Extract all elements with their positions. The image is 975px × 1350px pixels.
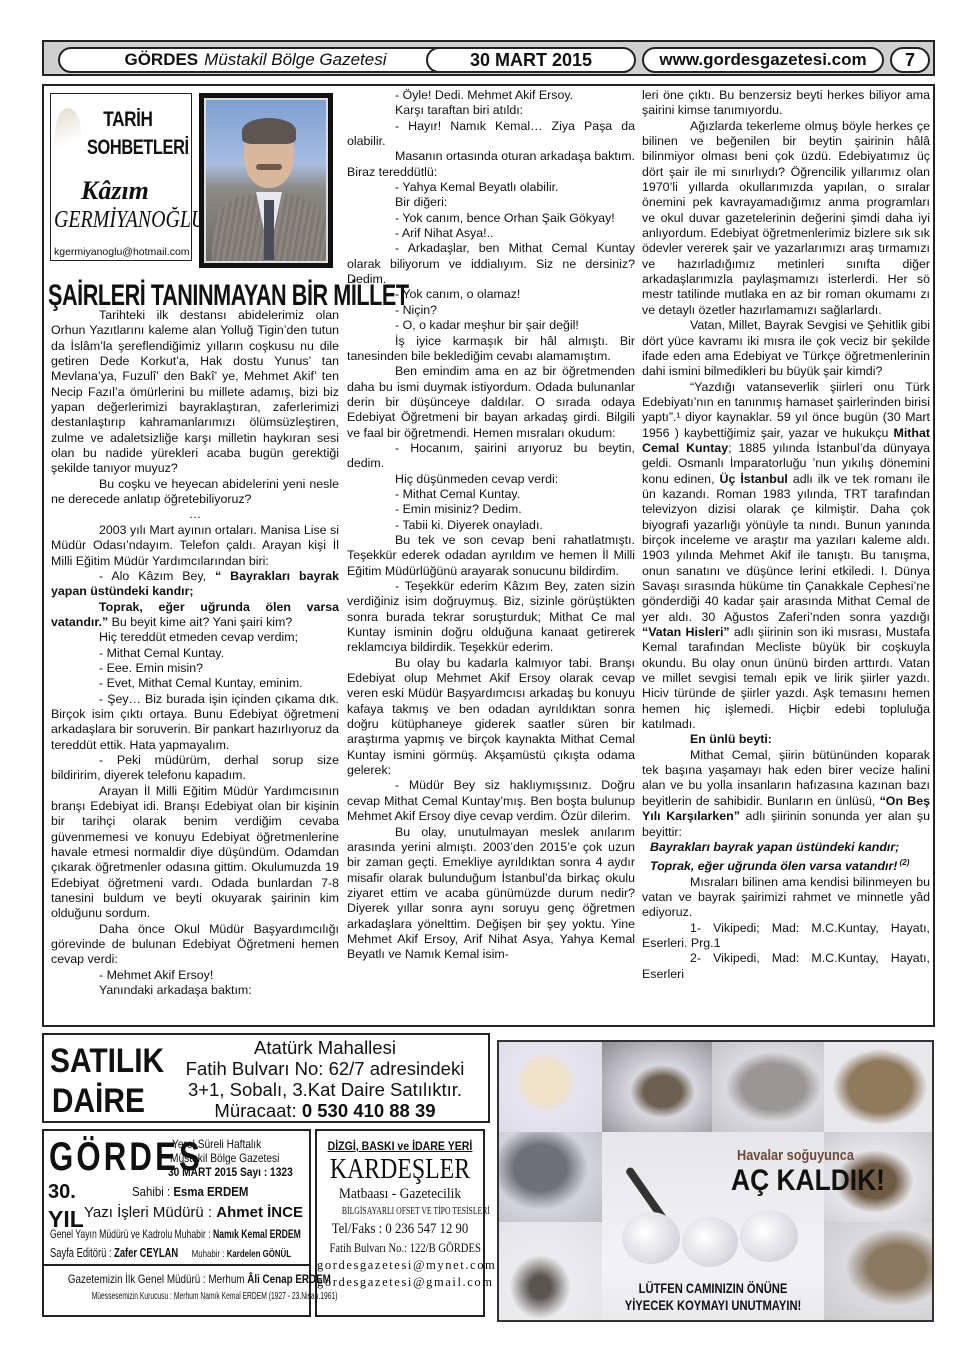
article-paragraph: - Arkadaşlar, ben Mithat Cemal Kuntay ol… [347,241,635,287]
printer-info-box: DİZGİ, BASKI ve İDARE YERİ KARDEŞLER Mat… [315,1129,485,1317]
paper-subtitle: Müstakil Bölge Gazetesi [204,50,386,70]
article-paragraph: leri öne çıktı. Bu benzersiz beyti herke… [642,88,930,119]
kitten-snow-photo [499,1222,602,1322]
article-paragraph: - Peki müdürüm, derhal sorup size bildir… [51,753,339,784]
article-paragraph: - Müdür Bey siz haklıymışsınız. Doğru ce… [347,778,635,824]
masthead-first-gm: Gazetemizin İlk Genel Müdürü : Merhum Âl… [68,1272,285,1286]
masthead-issue: 30 MART 2015 Sayı : 1323 [168,1165,293,1179]
masthead-editor: Yazı İşleri Müdürü : Ahmet İNCE [84,1204,303,1221]
article-paragraph: Toprak, eğer uğrunda ölen varsa vatandır… [642,855,930,874]
ad-description: 3+1, Sobalı, 3.Kat Daire Satılıktır. [162,1079,488,1100]
website-link[interactable]: www.gordesgazetesi.com [642,47,884,73]
article-paragraph: - Yahya Kemal Beyatlı olabilir. [347,180,635,195]
masthead-page-editor: Sayfa Editörü : Zafer CEYLANMuhabir : Ka… [50,1246,291,1260]
article-paragraph: Bir diğeri: [347,195,635,210]
article-column-3: leri öne çıktı. Bu benzersiz beyti herke… [642,88,930,982]
article-paragraph: - Eee. Emin misin? [51,661,339,676]
pigeons-photo [499,1132,602,1222]
masthead: GÖRDES 30. YIL Yerel Süreli Haftalık Müs… [42,1129,311,1317]
article-paragraph: - Emin misiniz? Dedim. [347,502,635,517]
page-header: GÖRDES Müstakil Bölge Gazetesi 30 MART 2… [42,40,935,76]
article-paragraph: - Hocanım, şairini arıyoruz bu beytin, d… [347,441,635,472]
article-paragraph: - Şey… Biz burada işin içinden çıkama dı… [51,692,339,753]
article-paragraph: - Arif Nihat Asya!.. [347,226,635,241]
ad-kicker: Havalar soğuyunca [737,1147,854,1164]
article-paragraph: Hiç tereddüt etmeden cevap verdim; [51,630,339,645]
article-paragraph: Arayan İl Milli Eğitim Müdür Yardımcısın… [51,784,339,922]
paper-name: GÖRDES [124,50,198,70]
printer-heading: DİZGİ, BASKI ve İDARE YERİ [327,1139,473,1153]
snow-cat-photo [712,1042,824,1132]
dog-photo [824,1042,934,1132]
article-paragraph: - Niçin? [347,303,635,318]
article-paragraph: - Mithat Cemal Kuntay. [51,646,339,661]
author-email[interactable]: kgermiyanoglu@hotmail.com [54,246,190,258]
tabby-cat-photo [824,1222,934,1322]
issue-date: 30 MART 2015 [426,47,636,73]
article-frame: TARİH SOHBETLERİ Kâzım GERMİYANOĞLU kger… [42,84,935,1027]
quill-icon [55,108,81,158]
article-paragraph: - Mithat Cemal Kuntay. [347,487,635,502]
article-paragraph: Toprak, eğer uğrunda ölen varsa vatandır… [51,600,339,631]
article-paragraph: Bu coşku ve heyecan abidelerini yeni nes… [51,477,339,508]
article-paragraph: - O, o kadar meşhur bir şair değil! [347,318,635,333]
sparrow-photo [602,1042,712,1132]
article-paragraph: En ünlü beyti: [642,732,930,747]
article-paragraph: Karşı taraftan biri atıldı: [347,103,635,118]
article-paragraph: - Mehmet Akif Ersoy! [51,968,339,983]
article-paragraph: Mithat Cemal, şiirin bütününden koparak … [642,748,930,840]
ad-address-line2: Fatih Bulvarı No: 62/7 adresindeki [162,1058,488,1079]
ad-headline: AÇ KALDIK! [731,1164,885,1198]
column-logo-box: TARİH SOHBETLERİ Kâzım GERMİYANOĞLU kger… [50,93,192,261]
ad-footer-line1: LÜTFEN CAMINIZIN ÖNÜNE [624,1280,802,1296]
author-last-name: GERMİYANOĞLU [54,207,205,234]
paper-title-pill: GÖRDES Müstakil Bölge Gazetesi [58,47,453,73]
article-paragraph: 2- Vikipedi, Mad: M.C.Kuntay, Hayatı, Es… [642,951,930,982]
article-paragraph: Mısraları bilinen ama kendisi bilinmeyen… [642,875,930,921]
column-title-line1: TARİH [91,108,165,132]
article-paragraph: Bu olay, unutulmayan meslek anılarım ara… [347,825,635,963]
article-paragraph: İş iyice karmaşık bir hâl almıştı. Bir t… [347,334,635,365]
masthead-subtitle: Müstakil Bölge Gazetesi [170,1151,279,1165]
printer-email-1[interactable]: gordesgazetesi@mynet.com [317,1257,483,1274]
ad-contact: Müracaat: 0 530 410 88 39 [162,1100,488,1121]
masthead-general-manager: Genel Yayın Müdürü ve Kadrolu Muhabir : … [50,1227,301,1241]
animal-welfare-ad: Havalar soğuyunca AÇ KALDIK! LÜTFEN CAMI… [497,1040,934,1322]
printer-name: KARDEŞLER [329,1155,470,1185]
article-paragraph: - Yok canım, o olamaz! [347,287,635,302]
printer-phone: Tel/Faks : 0 236 547 12 90 [329,1219,470,1239]
article-paragraph: - Alo Kâzım Bey, “ Bayrakları bayrak yap… [51,569,339,600]
masthead-founder: Müessesemizin Kurucusu : Merhum Namık Ke… [92,1290,262,1302]
masthead-years-number: 30. [48,1181,76,1204]
ad-footer-line2: YİYECEK KOYMAYI UNUTMAYIN! [624,1297,802,1313]
article-paragraph: Bayrakları bayrak yapan üstündeki kandır… [642,840,930,855]
ad-address-line1: Atatürk Mahallesi [162,1037,488,1058]
ad-phone[interactable]: 0 530 410 88 39 [302,1100,436,1121]
ad-title-line1: SATILIK [50,1041,147,1081]
article-paragraph: - Tabii ki. Diyerek onayladı. [347,518,635,533]
article-paragraph: 1- Vikipedi; Mad: M.C.Kuntay, Hayatı, Es… [642,921,930,952]
article-paragraph: Ben emindim ama en az bir öğretmenden da… [347,364,635,441]
masthead-owner: Sahibi : Esma ERDEM [132,1184,248,1199]
article-paragraph: Tarihteki ilk destansı abidelerimiz olan… [51,308,339,477]
article-paragraph: - Öyle! Dedi. Mehmet Akif Ersoy. [347,88,635,103]
article-paragraph: - Evet, Mithat Cemal Kuntay, eminim. [51,676,339,691]
author-photo [199,93,333,268]
column-title-line2: SOHBETLERİ [87,136,173,160]
ad-title-line2: DAİRE [50,1081,147,1121]
article-paragraph: Bu tek ve son cevap beni rahatlatmıştı. … [347,533,635,579]
article-paragraph: Vatan, Millet, Bayrak Sevgisi ve Şehitli… [642,318,930,379]
page-number: 7 [890,47,930,73]
article-paragraph: Masanın ortasında oturan arkadaşa baktım… [347,149,635,180]
article-paragraph: Bu olay bu kadarla kalmıyor tabi. Branşı… [347,656,635,779]
article-paragraph: “Yazdığı vatanseverlik şiirleri onu Türk… [642,380,930,733]
article-paragraph: … [51,507,339,522]
apartment-sale-ad: SATILIK DAİRE Atatürk Mahallesi Fatih Bu… [42,1033,490,1123]
printer-email-2[interactable]: gordesgazetesi@gmail.com [317,1274,483,1291]
article-paragraph: - Yok canım, bence Orhan Şaik Gökyay! [347,211,635,226]
article-paragraph: Ağızlarda tekerleme olmuş böyle herkes ç… [642,119,930,318]
printer-subtitle: Matbaası - Gazetecilik [325,1185,474,1203]
article-paragraph: 2003 yılı Mart ayının ortaları. Manisa L… [51,523,339,569]
article-paragraph: - Teşekkür ederim Kâzım Bey, zaten sizin… [347,579,635,656]
article-paragraph: Daha önce Okul Müdür Başyardımcılığı gör… [51,922,339,968]
article-paragraph: Hiç düşünmeden cevap verdi: [347,472,635,487]
puppy-photo [499,1042,602,1132]
article-paragraph: - Hayır! Namık Kemal… Ziya Paşa da olabi… [347,119,635,150]
author-first-name: Kâzım [81,176,149,206]
article-column-1: Tarihteki ilk destansı abidelerimiz olan… [51,308,339,998]
article-paragraph: Yanındaki arkadaşa baktım: [51,983,339,998]
printer-address: Fatih Bulvarı No.: 122/B GÖRDES [329,1239,470,1257]
printer-facilities: BİLGİSAYARLI OFSET VE TİPO TESİSLERİ [342,1203,458,1219]
masthead-type: Yerel Süreli Haftalık [172,1137,261,1151]
article-column-2: - Öyle! Dedi. Mehmet Akif Ersoy.Karşı ta… [347,88,635,963]
